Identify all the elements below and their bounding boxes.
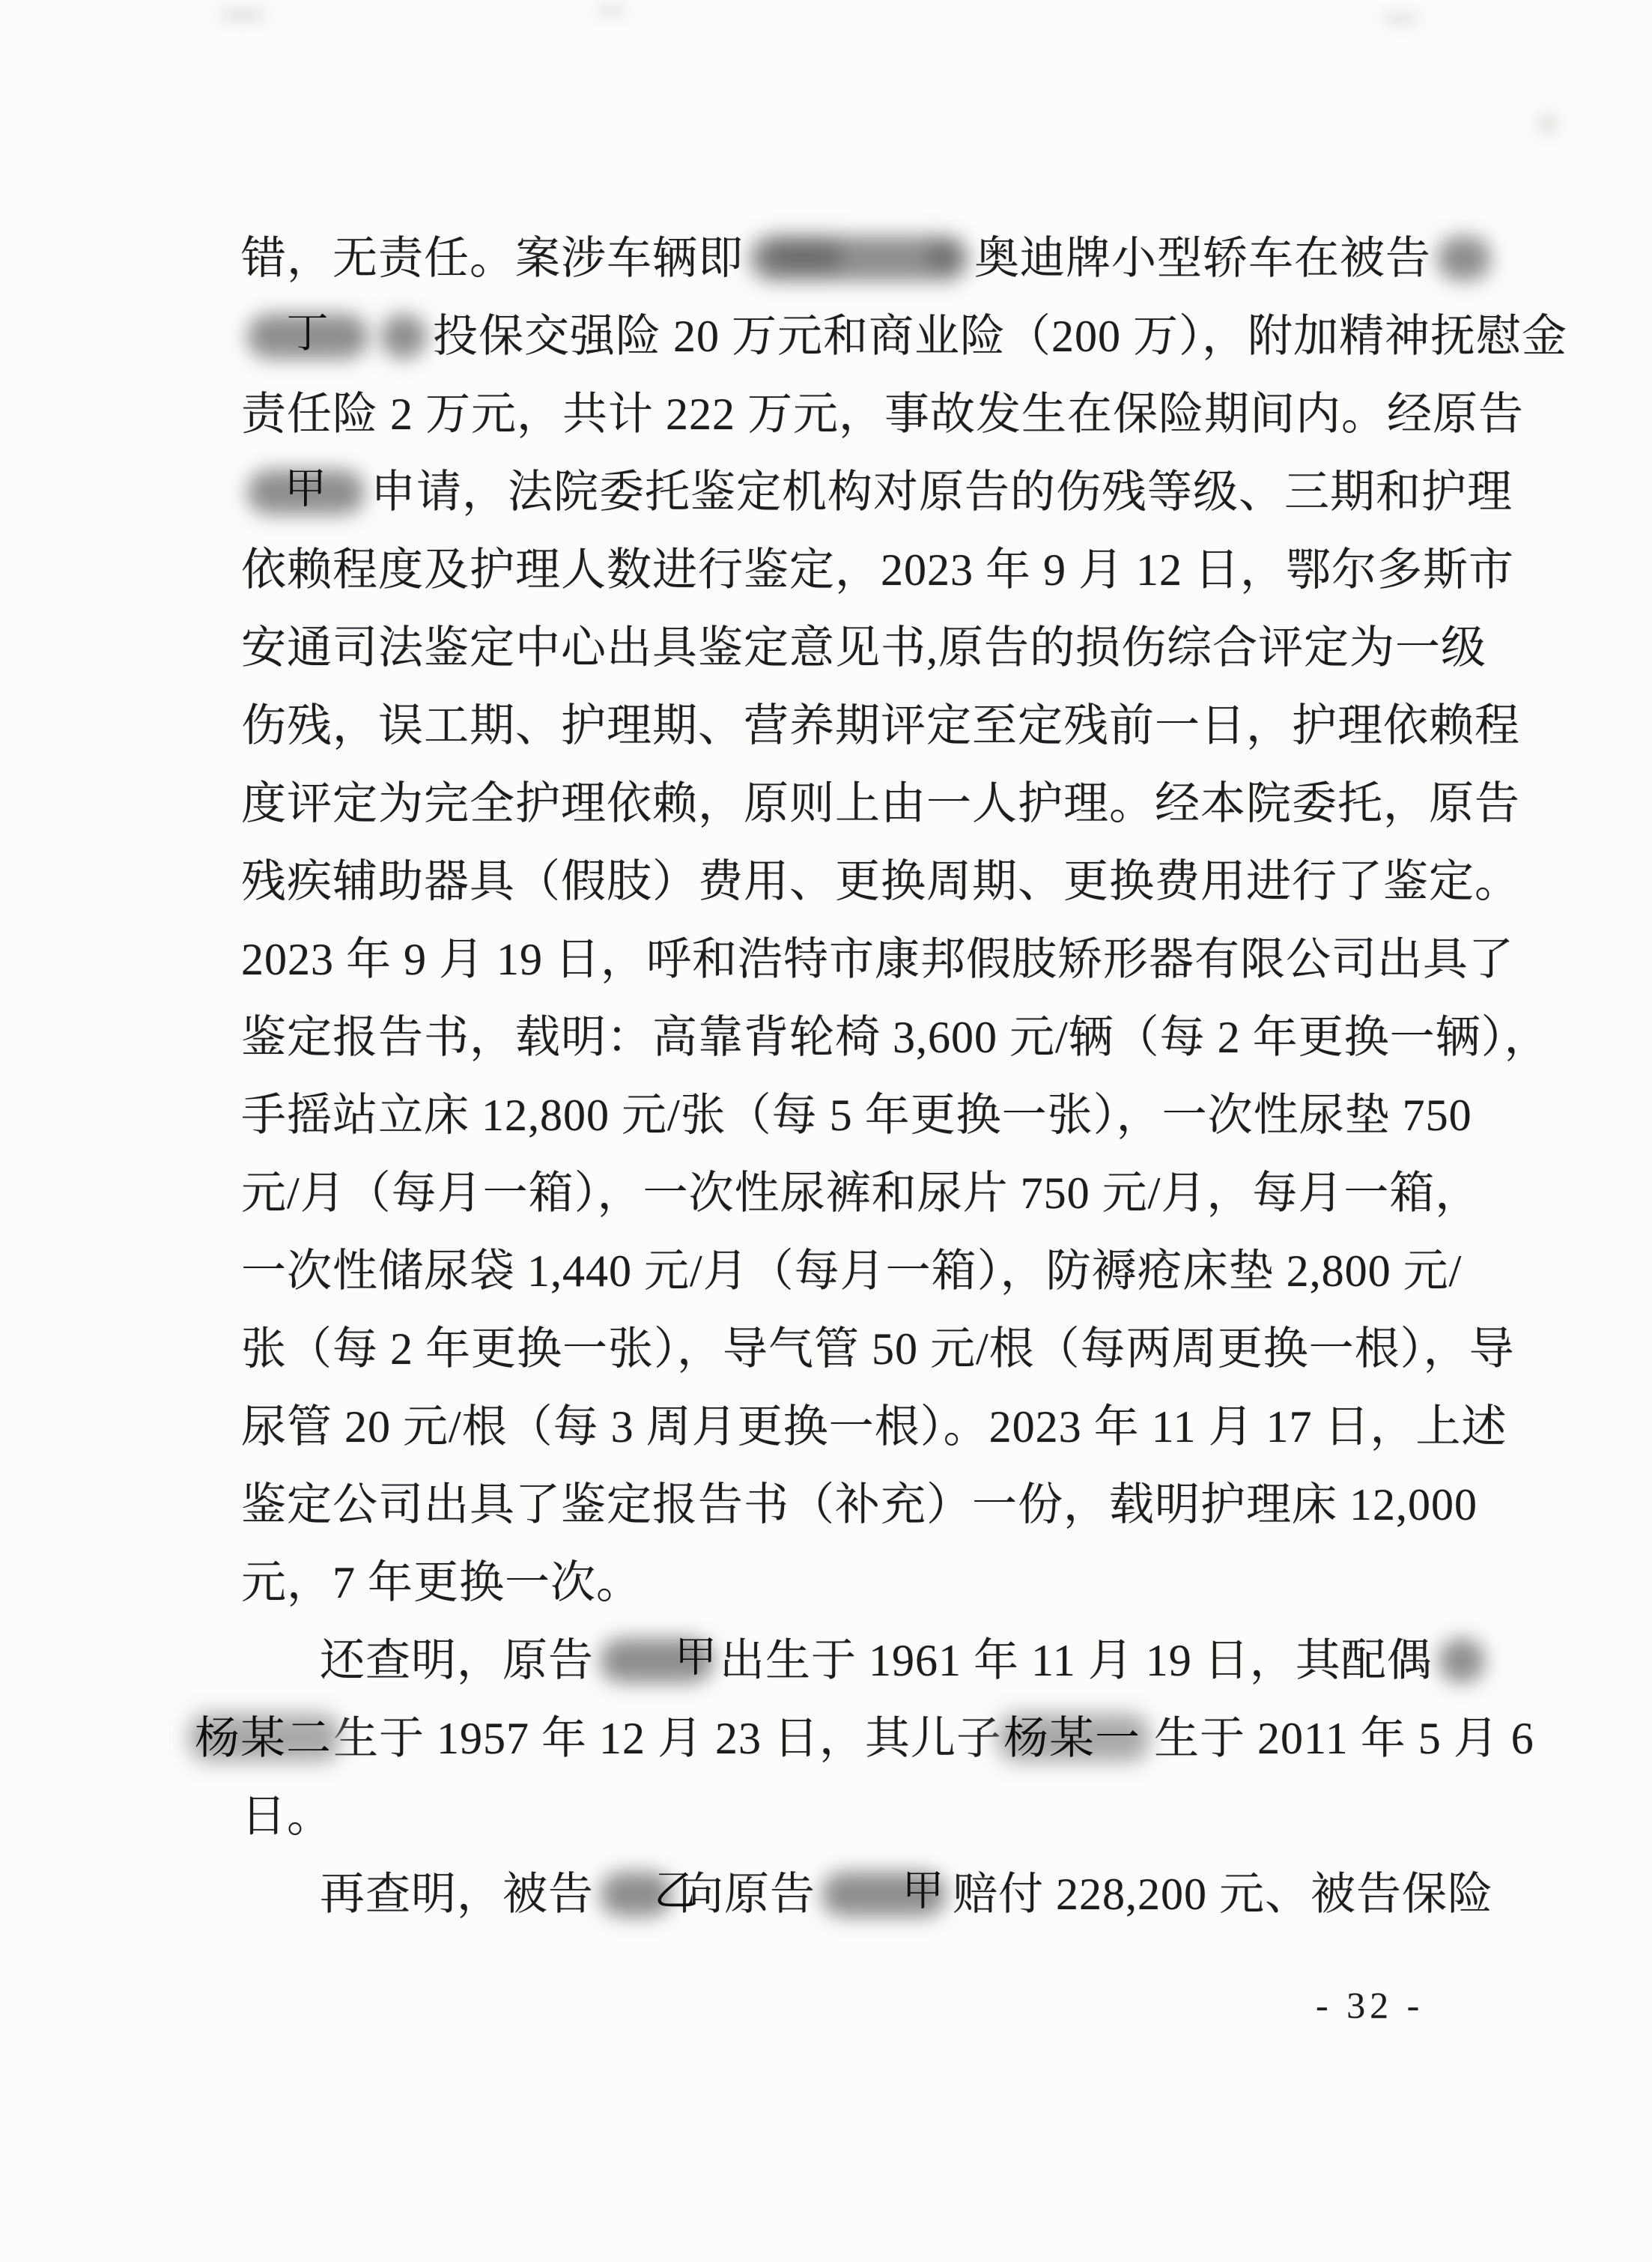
text-line: 伤残，误工期、护理期、营养期评定至定残前一日，护理依赖程 xyxy=(241,698,1559,754)
text-line: 丁投保交强险 20 万元和商业险（200 万），附加精神抚慰金 xyxy=(241,309,1559,364)
text-line: 依赖程度及护理人数进行鉴定，2023 年 9 月 12 日，鄂尔多斯市 xyxy=(241,542,1559,598)
document-page: 错，无责任。案涉车辆即奥迪牌小型轿车在被告丁投保交强险 20 万元和商业险（20… xyxy=(0,0,1652,2262)
text-run: 投保交强险 20 万元和商业险（200 万），附加精神抚慰金 xyxy=(433,312,1567,361)
redaction-blur: 丁 xyxy=(244,312,371,360)
text-line: 张（每 2 年更换一张），导气管 50 元/根（每两周更换一根），导 xyxy=(241,1321,1559,1377)
redacted-name-overlay: 甲 xyxy=(824,1871,945,1913)
scan-artifact xyxy=(1382,12,1421,25)
text-line: 元，7 年更换一次。 xyxy=(241,1555,1559,1610)
text-line: 鉴定报告书，载明：高靠背轮椅 3,600 元/辆（每 2 年更换一辆）， xyxy=(241,1010,1559,1065)
text-run: 2023 年 9 月 19 日，呼和浩特市康邦假肢矫形器有限公司出具了 xyxy=(241,935,1514,984)
text-run: 赔付 228,200 元、被告保险 xyxy=(953,1870,1493,1919)
text-line: 责任险 2 万元，共计 222 万元，事故发生在保险期间内。经原告 xyxy=(241,386,1559,442)
text-run: 错，无责任。案涉车辆即 xyxy=(241,234,744,283)
redaction-blur: 甲 xyxy=(597,1637,717,1685)
text-run: 依赖程度及护理人数进行鉴定，2023 年 9 月 12 日，鄂尔多斯市 xyxy=(241,545,1514,595)
redacted-name-overlay: 乙 xyxy=(576,1871,697,1913)
text-line: 2023 年 9 月 19 日，呼和浩特市康邦假肢矫形器有限公司出具了 xyxy=(241,932,1559,987)
text-run: 申请，法院委托鉴定机构对原告的伤残等级、三期和护理 xyxy=(371,467,1513,517)
text-line: 再查明，被告乙向原告甲赔付 228,200 元、被告保险 xyxy=(241,1867,1559,1922)
text-line: 安通司法鉴定中心出具鉴定意见书,原告的损伤综合评定为一级 xyxy=(241,620,1559,676)
text-run: 元，7 年更换一次。 xyxy=(241,1558,642,1607)
text-run: 日。 xyxy=(241,1792,332,1841)
text-line: 日。 xyxy=(241,1789,1559,1844)
text-run: 奥迪牌小型轿车在被告 xyxy=(974,234,1431,283)
text-line: 元/月（每月一箱），一次性尿裤和尿片 750 元/月，每月一箱， xyxy=(241,1165,1559,1221)
text-line: 残疾辅助器具（假肢）费用、更换周期、更换费用进行了鉴定。 xyxy=(241,854,1559,909)
text-run: 度评定为完全护理依赖，原则上由一人护理。经本院委托，原告 xyxy=(241,779,1520,828)
redaction-blur: 乙 xyxy=(597,1870,675,1918)
text-run: 鉴定报告书，载明：高靠背轮椅 3,600 元/辆（每 2 年更换一辆）， xyxy=(241,1013,1550,1062)
text-line: 甲申请，法院委托鉴定机构对原告的伤残等级、三期和护理 xyxy=(241,464,1559,520)
pseudonym-name: 杨某一 xyxy=(1002,1711,1142,1766)
text-line: 杨某二生于 1957 年 12 月 23 日，其儿子杨某一 生于 2011 年 … xyxy=(193,1711,1586,1766)
text-run: 安通司法鉴定中心出具鉴定意见书,原告的损伤综合评定为一级 xyxy=(241,623,1487,673)
redacted-name-overlay: 甲 xyxy=(596,1637,717,1679)
redaction-blur xyxy=(747,234,971,282)
text-run: 生于 2011 年 5 月 6 xyxy=(1142,1714,1534,1763)
text-run: 残疾辅助器具（假肢）费用、更换周期、更换费用进行了鉴定。 xyxy=(241,857,1520,906)
redacted-name-overlay: 丁 xyxy=(287,313,330,355)
redaction-blur: 甲 xyxy=(244,468,368,516)
text-run: 责任险 2 万元，共计 222 万元，事故发生在保险期间内。经原告 xyxy=(241,389,1524,439)
redaction-blur xyxy=(1436,1637,1488,1685)
scan-artifact xyxy=(1537,112,1559,135)
text-run: 一次性储尿袋 1,440 元/月（每月一箱），防褥疮床垫 2,800 元/ xyxy=(241,1246,1462,1296)
text-run: 手摇站立床 12,800 元/张（每 5 年更换一张），一次性尿垫 750 xyxy=(241,1091,1472,1140)
redaction-blur xyxy=(377,312,430,360)
text-run: 出生于 1961 年 11 月 19 日，其配偶 xyxy=(720,1636,1433,1685)
text-line: 还查明，原告甲出生于 1961 年 11 月 19 日，其配偶 xyxy=(241,1633,1559,1688)
text-run: 向原告 xyxy=(678,1870,816,1919)
redaction-blur xyxy=(1434,234,1494,282)
text-line: 度评定为完全护理依赖，原则上由一人护理。经本院委托，原告 xyxy=(241,776,1559,831)
scan-artifact xyxy=(219,7,267,22)
text-line: 错，无责任。案涉车辆即奥迪牌小型轿车在被告 xyxy=(241,231,1559,286)
redaction-blur: 甲 xyxy=(819,1870,950,1918)
text-run: 元/月（每月一箱），一次性尿裤和尿片 750 元/月，每月一箱， xyxy=(241,1168,1481,1218)
pseudonym-name: 杨某二 xyxy=(193,1711,333,1766)
redacted-name-overlay: 甲 xyxy=(285,469,327,511)
text-run: 伤残，误工期、护理期、营养期评定至定残前一日，护理依赖程 xyxy=(241,701,1520,751)
text-run: 张（每 2 年更换一张），导气管 50 元/根（每两周更换一根），导 xyxy=(241,1324,1515,1374)
text-run: 鉴定公司出具了鉴定报告书（补充）一份，载明护理床 12,000 xyxy=(241,1480,1478,1529)
text-line: 尿管 20 元/根（每 3 周月更换一根）。2023 年 11 月 17 日，上… xyxy=(241,1399,1559,1455)
scan-artifact xyxy=(595,4,627,16)
text-line: 手摇站立床 12,800 元/张（每 5 年更换一张），一次性尿垫 750 xyxy=(241,1088,1559,1143)
text-run: 生于 1957 年 12 月 23 日，其儿子 xyxy=(333,1714,1002,1763)
text-line: 鉴定公司出具了鉴定报告书（补充）一份，载明护理床 12,000 xyxy=(241,1477,1559,1532)
text-run: 再查明，被告 xyxy=(320,1870,594,1919)
text-run: 还查明，原告 xyxy=(320,1636,594,1685)
text-line: 一次性储尿袋 1,440 元/月（每月一箱），防褥疮床垫 2,800 元/ xyxy=(241,1243,1559,1299)
text-run: 尿管 20 元/根（每 3 周月更换一根）。2023 年 11 月 17 日，上… xyxy=(241,1402,1507,1452)
page-number: - 32 - xyxy=(1316,1983,1481,2027)
